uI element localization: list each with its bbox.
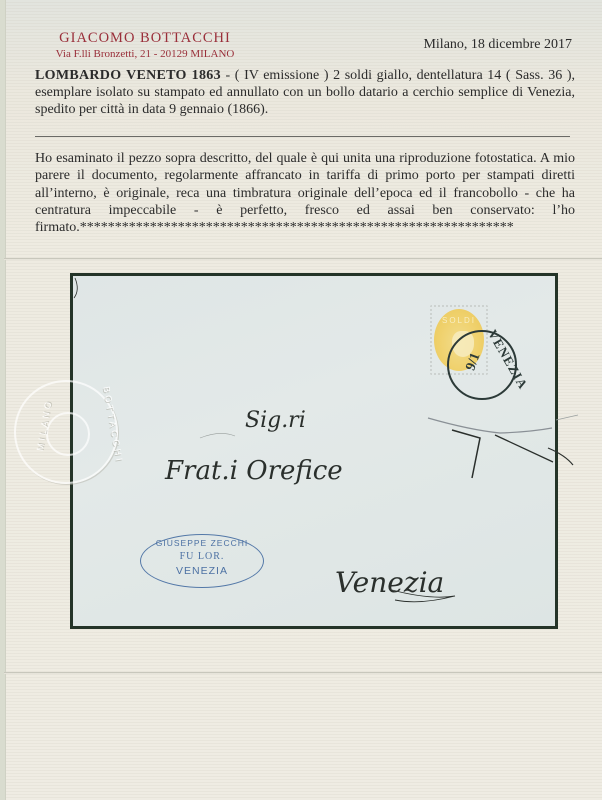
pen-stroke-seven bbox=[452, 430, 480, 478]
pen-stroke-curve bbox=[428, 418, 552, 433]
pen-strokes bbox=[0, 0, 602, 800]
pen-stroke-line bbox=[495, 435, 553, 462]
